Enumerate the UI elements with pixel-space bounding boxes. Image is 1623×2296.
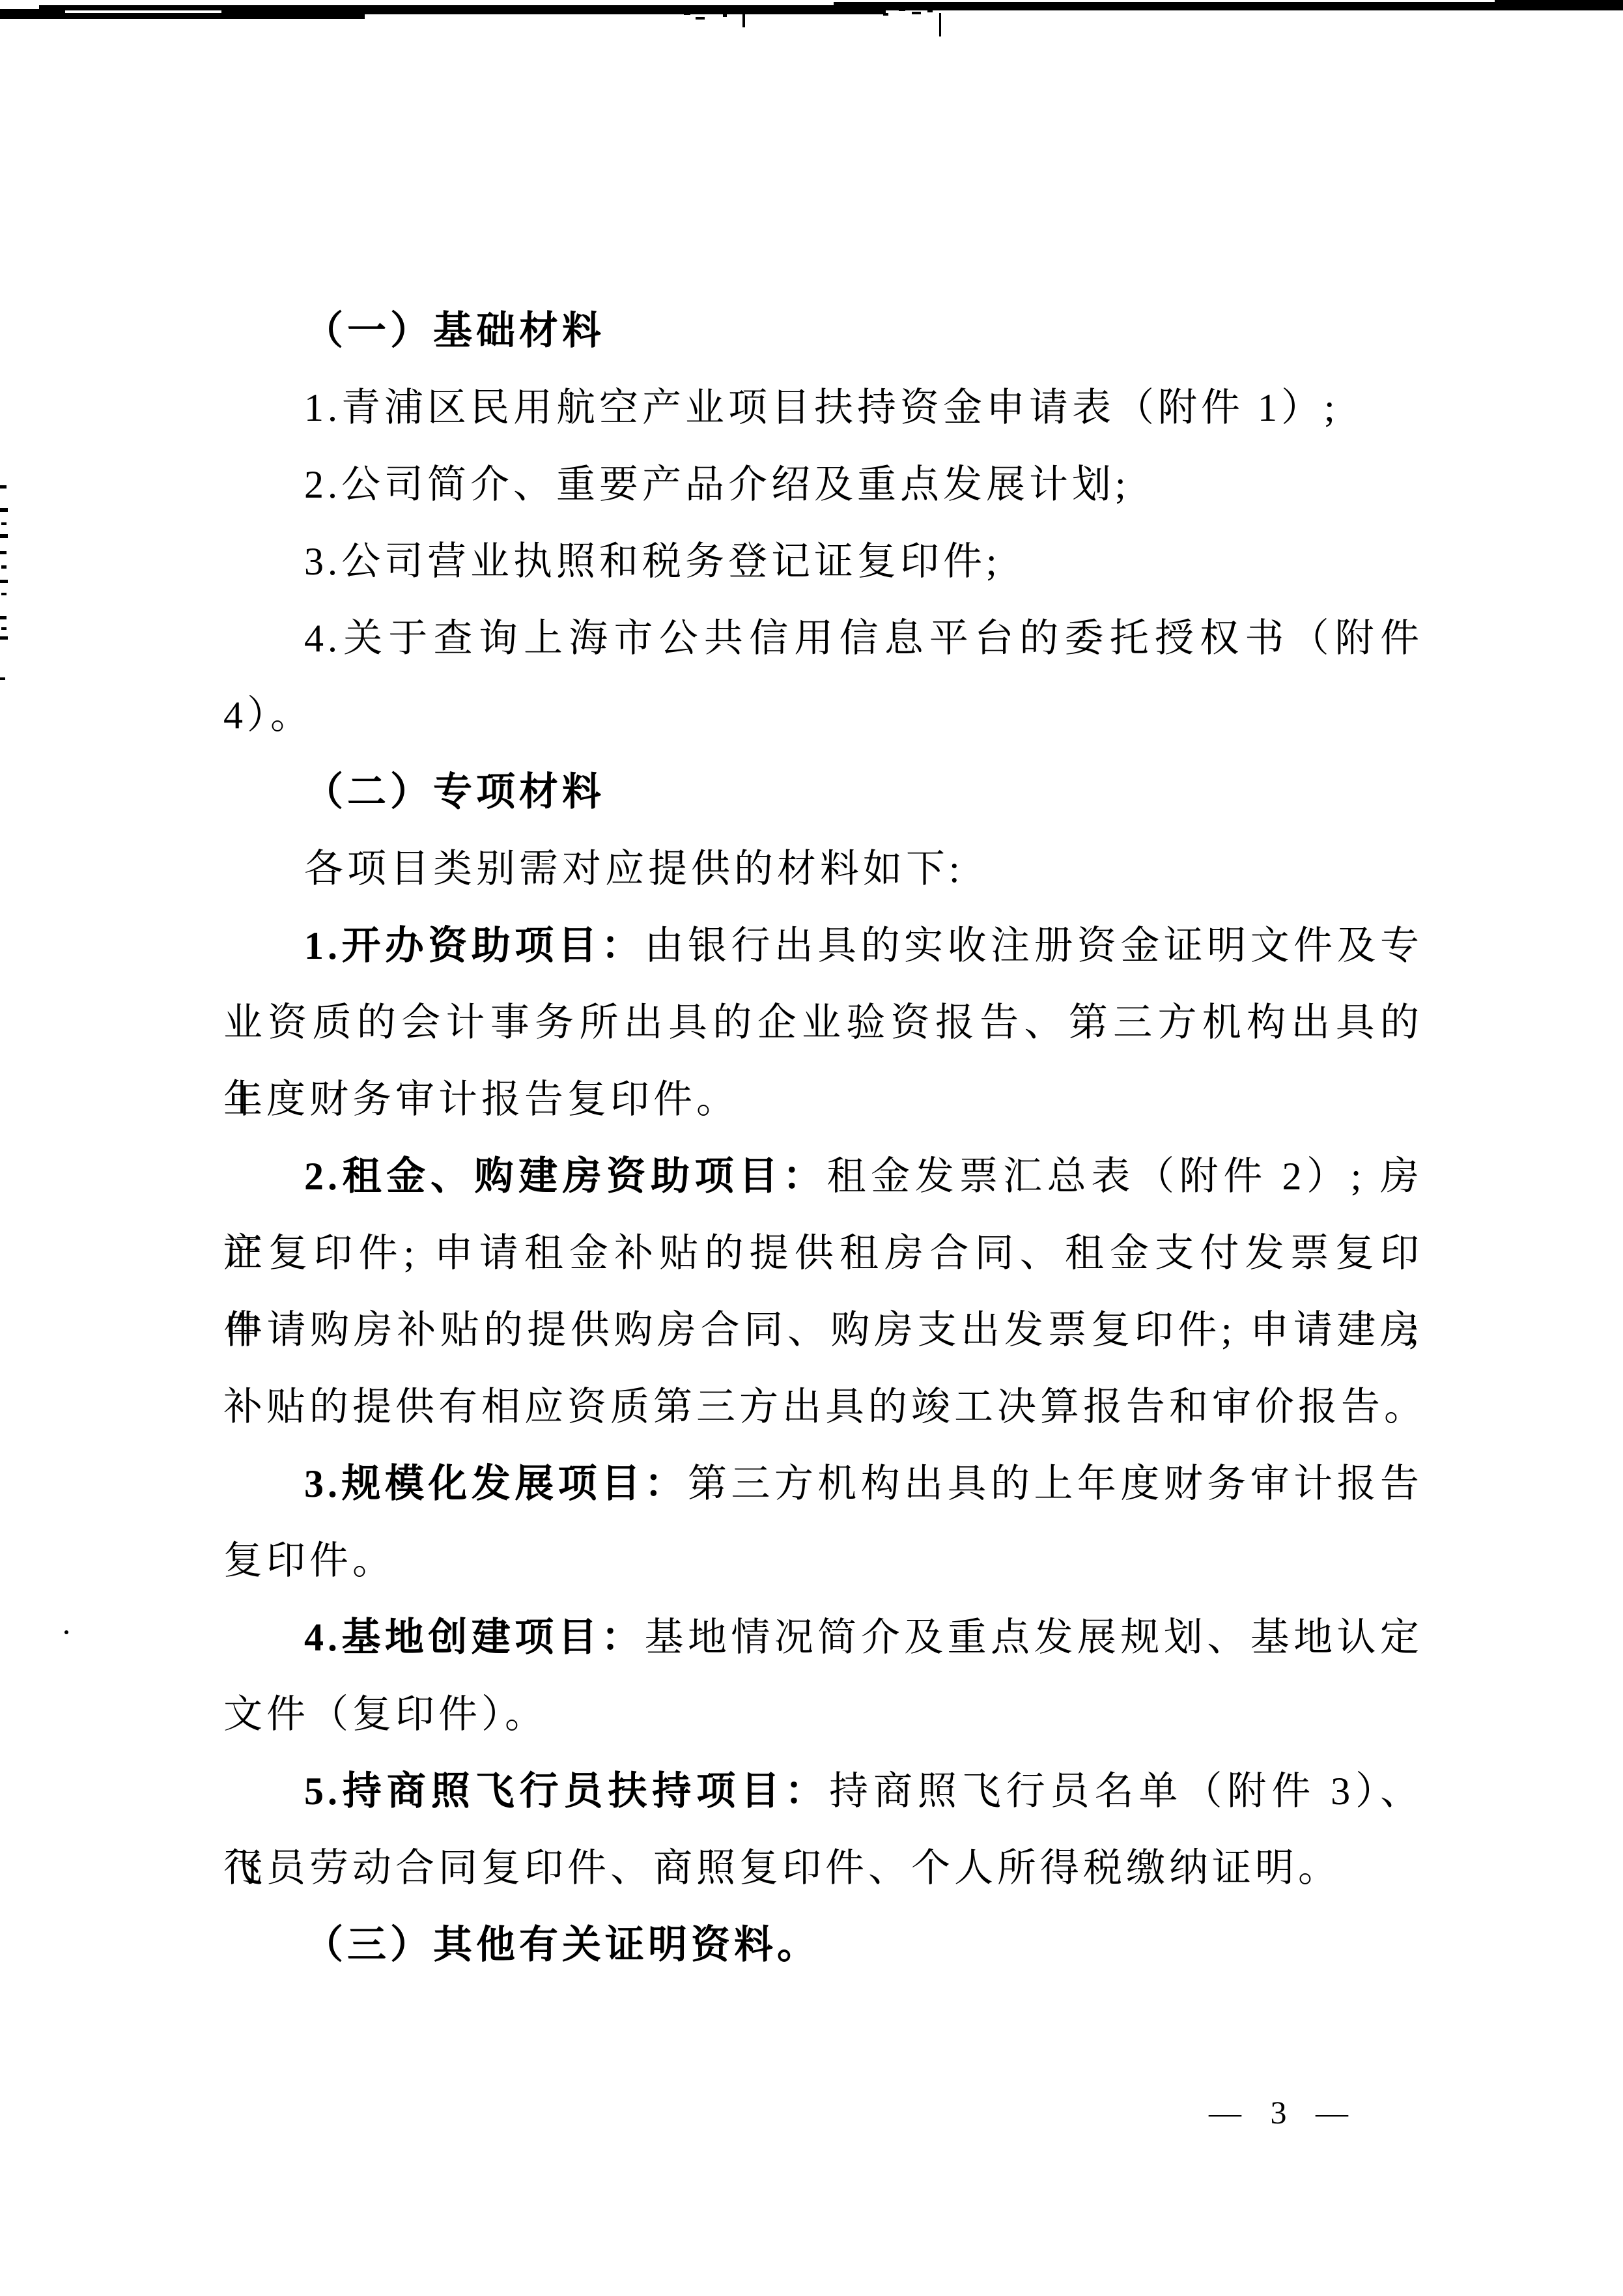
section-heading-basic-materials: （一）基础材料 <box>223 292 1423 369</box>
item-bold-lead: 2.租金、购建房资助项目： <box>304 1155 827 1198</box>
scan-left-mark <box>0 485 7 489</box>
doc-line: 行员劳动合同复印件、商照复印件、个人所得税缴纳证明。 <box>223 1830 1423 1906</box>
scan-smudge <box>899 8 905 11</box>
scan-left-mark <box>0 636 8 640</box>
item-bold-lead: 3.规模化发展项目： <box>304 1462 688 1505</box>
item-bold-lead: 1.开办资助项目： <box>304 924 645 967</box>
heading-text: （三）其他有关证明资料。 <box>304 1923 820 1966</box>
scan-left-mark <box>1 522 7 525</box>
scan-smudge <box>871 9 879 12</box>
doc-line: 证复印件; 申请租金补贴的提供租房合同、租金支付发票复印件; <box>223 1215 1423 1292</box>
scan-smudge <box>948 8 954 10</box>
scan-smudge <box>742 12 745 27</box>
scan-left-mark <box>1 627 7 630</box>
doc-line: 3.公司营业执照和税务登记证复印件; <box>223 523 1423 600</box>
doc-line-item-3: 3.规模化发展项目：第三方机构出具的上年度财务审计报告 <box>223 1445 1423 1522</box>
scan-left-mark <box>0 508 8 512</box>
scan-left-mark <box>0 534 8 538</box>
doc-line: 1.青浦区民用航空产业项目扶持资金申请表（附件 1）; <box>223 369 1423 446</box>
doc-line: 4）。 <box>223 677 1423 754</box>
scan-artifact <box>1495 0 1623 10</box>
doc-line: 文件（复印件）。 <box>223 1676 1423 1753</box>
scan-artifact <box>221 8 886 14</box>
doc-line-item-1: 1.开办资助项目：由银行出具的实收注册资金证明文件及专 <box>223 907 1423 984</box>
scanned-document-page: （一）基础材料 1.青浦区民用航空产业项目扶持资金申请表（附件 1）; 2.公司… <box>0 0 1623 2296</box>
scan-smudge <box>707 10 713 14</box>
section-heading-other-materials: （三）其他有关证明资料。 <box>223 1906 1423 1983</box>
doc-line: 2.公司简介、重要产品介绍及重点发展计划; <box>223 446 1423 523</box>
document-body: （一）基础材料 1.青浦区民用航空产业项目扶持资金申请表（附件 1）; 2.公司… <box>223 292 1423 1983</box>
doc-line: 复印件。 <box>223 1522 1423 1599</box>
scan-dot <box>64 1630 68 1634</box>
doc-line: 各项目类别需对应提供的材料如下: <box>223 830 1423 907</box>
scan-left-mark <box>0 616 7 619</box>
heading-text: （二）专项材料 <box>304 771 605 814</box>
scan-smudge <box>883 13 888 16</box>
doc-line-item-5: 5.持商照飞行员扶持项目：持商照飞行员名单（附件 3）、飞 <box>223 1753 1423 1830</box>
page-number: — 3 — <box>1209 2093 1359 2131</box>
scan-left-mark <box>0 580 8 583</box>
scan-smudge <box>723 14 727 17</box>
item-bold-lead: 5.持商照飞行员扶持项目： <box>304 1770 829 1813</box>
doc-line: 补贴的提供有相应资质第三方出具的竣工决算报告和审价报告。 <box>223 1368 1423 1445</box>
scan-smudge <box>912 12 921 14</box>
doc-line: 4.关于查询上海市公共信用信息平台的委托授权书（附件 <box>223 600 1423 677</box>
scan-smudge <box>696 17 705 20</box>
section-heading-special-materials: （二）专项材料 <box>223 754 1423 830</box>
scan-left-mark <box>1 593 7 595</box>
heading-text: （一）基础材料 <box>304 309 605 352</box>
doc-line: 年度财务审计报告复印件。 <box>223 1061 1423 1138</box>
scan-left-mark <box>0 551 7 554</box>
scan-smudge <box>939 13 941 36</box>
doc-line: 业资质的会计事务所出具的企业验资报告、第三方机构出具的上 <box>223 984 1423 1061</box>
item-bold-lead: 4.基地创建项目： <box>304 1616 645 1659</box>
doc-line-item-2: 2.租金、购建房资助项目：租金发票汇总表（附件 2）; 房产 <box>223 1138 1423 1215</box>
doc-line-item-4: 4.基地创建项目：基地情况简介及重点发展规划、基地认定 <box>223 1599 1423 1676</box>
scan-left-mark <box>0 677 5 680</box>
scan-smudge <box>927 9 933 12</box>
scan-smudge <box>684 12 690 15</box>
scan-left-mark <box>1 565 7 569</box>
doc-line: 申请购房补贴的提供购房合同、购房支出发票复印件; 申请建房 <box>223 1292 1423 1368</box>
